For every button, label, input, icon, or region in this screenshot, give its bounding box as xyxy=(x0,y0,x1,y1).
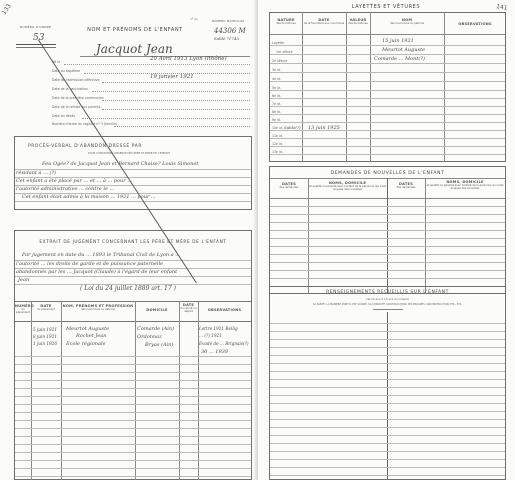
field-label-admission: Date de l'admission définitive xyxy=(52,78,99,82)
extrait-title: Extrait de jugement concernant les père … xyxy=(14,240,252,245)
demandes-col-noms-2: Noms, domicileet qualité ou parenté avec… xyxy=(425,180,505,190)
col-header-date-retrait: Datedu retrait ou départ xyxy=(179,303,198,313)
renseignements-subtitle: (de 12 ans à 13 ans accomplis) xyxy=(269,297,506,301)
field-value-birth: 20 Avril 1913 Lyon (Rhône) xyxy=(150,56,227,62)
field-value-admission: 19 janvier 1921 xyxy=(150,74,194,80)
placement-date-1: 5 juin 1921 xyxy=(33,327,57,332)
no-label: nº du xyxy=(190,17,198,21)
layette-nom-3: Comarde ... Mont(?) xyxy=(374,56,425,62)
layette-col-nom: Nomdes nourriciers ou patrons xyxy=(370,18,444,25)
placement-domicile-1: Comarde (Ain) xyxy=(137,326,174,332)
matricule-value: 44306 M xyxy=(214,27,246,35)
layette-date-10: 13 juin 1925 xyxy=(308,125,340,131)
left-page: 133 Numéro d'ordre 53 Nom et prénoms de … xyxy=(0,0,258,480)
layette-row10-label: Sablé(?) xyxy=(284,125,301,130)
field-label-deces: Date du décès xyxy=(52,114,75,118)
demandes-title: Demandes de nouvelles de l'enfant xyxy=(269,171,506,176)
placement-obs-1: Lettre 1921 Bellig xyxy=(199,326,238,331)
col-header-numero: Numérodu placement xyxy=(15,304,31,314)
field-label-baptism: Date du baptême xyxy=(52,69,80,73)
extrait-line-4: Jean xyxy=(18,277,29,283)
extrait-reference: ( Loi du 24 juillet 1889 art. 17 ) xyxy=(80,285,176,292)
extrait-line-3: abandonnés par les ... Jacquot (Claude) … xyxy=(16,269,177,275)
col-header-nom: Nom, prénoms et professiondes nourricier… xyxy=(61,304,135,311)
col-header-observations: Observations xyxy=(198,308,251,312)
col-header-domicile: Domicile xyxy=(135,308,179,312)
field-label-remise: Date de la remise aux parents xyxy=(52,105,100,109)
page-number-stamp: 133 xyxy=(1,3,13,16)
numero-underline xyxy=(16,44,56,45)
demandes-col-noms-1: Noms, domicileet qualité ou parenté avec… xyxy=(308,181,387,191)
placement-domicile-2: Ordonnaz xyxy=(137,334,162,340)
child-name-title: Nom et prénoms de l'enfant xyxy=(80,27,190,33)
field-label-registre: Numéro d'ordre du registre nº 3 (famille… xyxy=(52,122,117,126)
placement-nom-3: Ecole régionale xyxy=(66,341,106,347)
proces-verbal-line-2: résidant à ... (?) xyxy=(16,170,56,176)
layette-col-observations: Observations xyxy=(444,22,506,26)
layette-col-valeur: Valeurdes fournitures xyxy=(346,18,370,25)
layettes-title: Layettes et vêtures xyxy=(268,4,504,10)
proces-verbal-line-3: Cet enfant a été placé par ... et ... à … xyxy=(16,178,132,184)
proces-verbal-line-5: Cet enfant était admis à la maison ... 1… xyxy=(22,194,156,200)
placement-nom-2: Rochet Jean xyxy=(76,333,107,339)
col-header-date: Datedu placement xyxy=(31,304,61,311)
extrait-line-1: Par jugement en date du ... 1893 le Trib… xyxy=(22,252,180,258)
placement-obs-3: Evadé de ... Brignais(?) xyxy=(199,341,249,346)
numero-ordre-label: Numéro d'ordre xyxy=(20,25,51,29)
demandes-col-dates-1: Datesdes demandes xyxy=(270,182,308,189)
right-page: 141 Layettes et vêtures Naturedes fourni… xyxy=(258,0,515,480)
placement-domicile-3: Bryas (Ain) xyxy=(145,342,173,348)
layette-nom-2: Meurtot Auguste xyxy=(382,47,425,53)
proces-verbal-subtitle: pour constater l'absence des père et mèr… xyxy=(88,152,170,155)
renseignements-title: Renseignements recueillis sur l'enfant xyxy=(269,290,506,295)
extrait-line-2: l'autorité ... les droits de garde et de… xyxy=(16,261,163,267)
numero-underline-2 xyxy=(16,47,56,48)
placement-nom-1: Meurtot Auguste xyxy=(66,326,109,332)
placement-obs-4: 30 ... 1938 xyxy=(201,349,228,355)
layette-nom-1: 15 juin 1921 xyxy=(382,38,414,44)
matricule-sub: Sablé ?1743 xyxy=(214,36,239,41)
child-name-value: Jacquot Jean xyxy=(96,42,173,56)
layette-col-date: Datede la fourniture aux nourriciers xyxy=(302,18,346,25)
renseignements-detail: sa santé, la manière dont il est soigné,… xyxy=(269,303,506,306)
proces-verbal-line-4: l'autorité administrative ... contre le … xyxy=(16,186,114,192)
matricule-label: Numéro matricule xyxy=(212,19,244,23)
placement-date-3: 1 juin 1926 xyxy=(33,341,57,346)
placement-date-2: 8 juin 1921 xyxy=(33,334,57,339)
proces-verbal-title: Procès-verbal d'abandon dressé par xyxy=(28,144,168,149)
demandes-col-dates-2: Datesdes demandes xyxy=(387,182,425,189)
placement-obs-2: ... (?) 1921 xyxy=(199,333,222,338)
layette-col-nature: Naturedes fournitures xyxy=(270,18,302,25)
